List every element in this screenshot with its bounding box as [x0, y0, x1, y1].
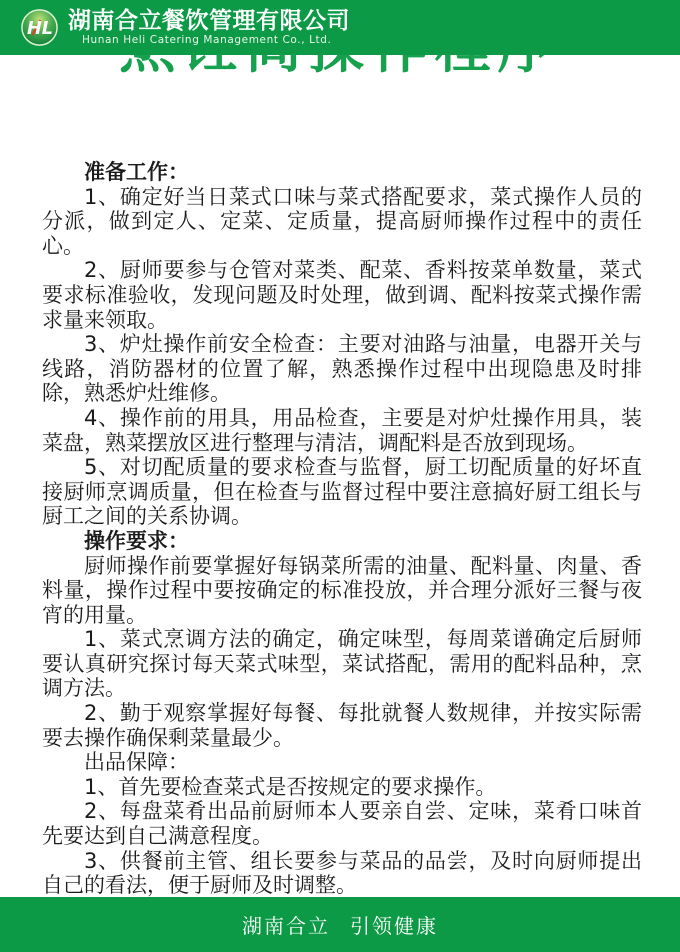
paragraph: 5、对切配质量的要求检查与监督，厨工切配质量的好坏直接厨师烹调质量，但在检查与监… — [42, 455, 642, 529]
paragraph: 1、菜式烹调方法的确定，确定味型，每周菜谱确定后厨师要认真研究探讨每天菜式味型，… — [42, 627, 642, 701]
paragraph: 2、勤于观察掌握好每餐、每批就餐人数规律，并按实际需要去操作确保剩菜量最少。 — [42, 701, 642, 750]
paragraph: 1、首先要检查菜式是否按规定的要求操作。 — [42, 775, 642, 800]
company-name-zh: 湖南合立餐饮管理有限公司 — [68, 10, 350, 33]
company-block: 湖南合立餐饮管理有限公司 Hunan Heli Catering Managem… — [68, 10, 350, 46]
header-bar: HL 湖南合立餐饮管理有限公司 Hunan Heli Catering Mana… — [0, 0, 680, 55]
paragraph: 1、确定好当日菜式口味与菜式搭配要求，菜式操作人员的分派，做到定人、定菜、定质量… — [42, 185, 642, 259]
heli-logo-icon: HL — [21, 9, 58, 46]
company-name-en: Hunan Heli Catering Management Co., Ltd. — [68, 35, 350, 46]
section-heading-operation: 操作要求： — [42, 529, 642, 554]
footer-bar: 湖南合立 引领健康 — [0, 897, 680, 952]
section-heading-preparation: 准备工作： — [42, 160, 642, 185]
paragraph: 3、炉灶操作前安全检查：主要对油路与油量，电器开关与线路，消防器材的位置了解，熟… — [42, 332, 642, 406]
svg-text:HL: HL — [27, 19, 53, 39]
paragraph: 4、操作前的用具，用品检查，主要是对炉灶操作用具，装菜盘，熟菜摆放区进行整理与清… — [42, 406, 642, 455]
paragraph: 厨师操作前要掌握好每锅菜所需的油量、配料量、肉量、香料量，操作过程中要按确定的标… — [42, 554, 642, 628]
poster-page: HL 湖南合立餐饮管理有限公司 Hunan Heli Catering Mana… — [0, 0, 680, 952]
footer-slogan-right: 引领健康 — [350, 910, 438, 939]
paragraph: 2、厨师要参与仓管对菜类、配菜、香料按菜单数量，菜式要求标准验收，发现问题及时处… — [42, 258, 642, 332]
paragraph: 3、供餐前主管、组长要参与菜品的品尝，及时向厨师提出自己的看法，便于厨师及时调整… — [42, 849, 642, 898]
paragraph: 2、每盘菜肴出品前厨师本人要亲自尝、定味，菜肴口味首先要达到自己满意程度。 — [42, 799, 642, 848]
section-heading-output-guarantee: 出品保障： — [42, 750, 642, 775]
footer-slogan-left: 湖南合立 — [242, 910, 330, 939]
document-body: 准备工作： 1、确定好当日菜式口味与菜式搭配要求，菜式操作人员的分派，做到定人、… — [42, 160, 642, 947]
